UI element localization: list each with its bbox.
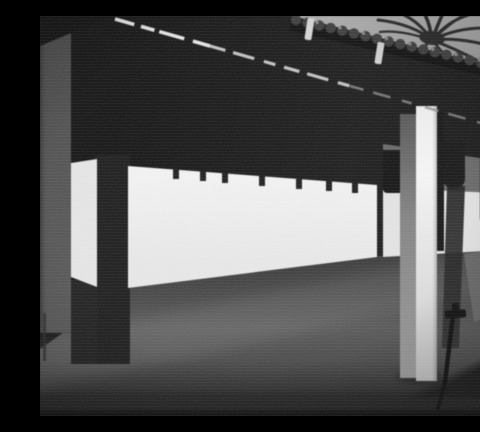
vignette xyxy=(40,16,480,416)
photograph: Black-and-white photograph: sunlit wall … xyxy=(40,16,480,416)
